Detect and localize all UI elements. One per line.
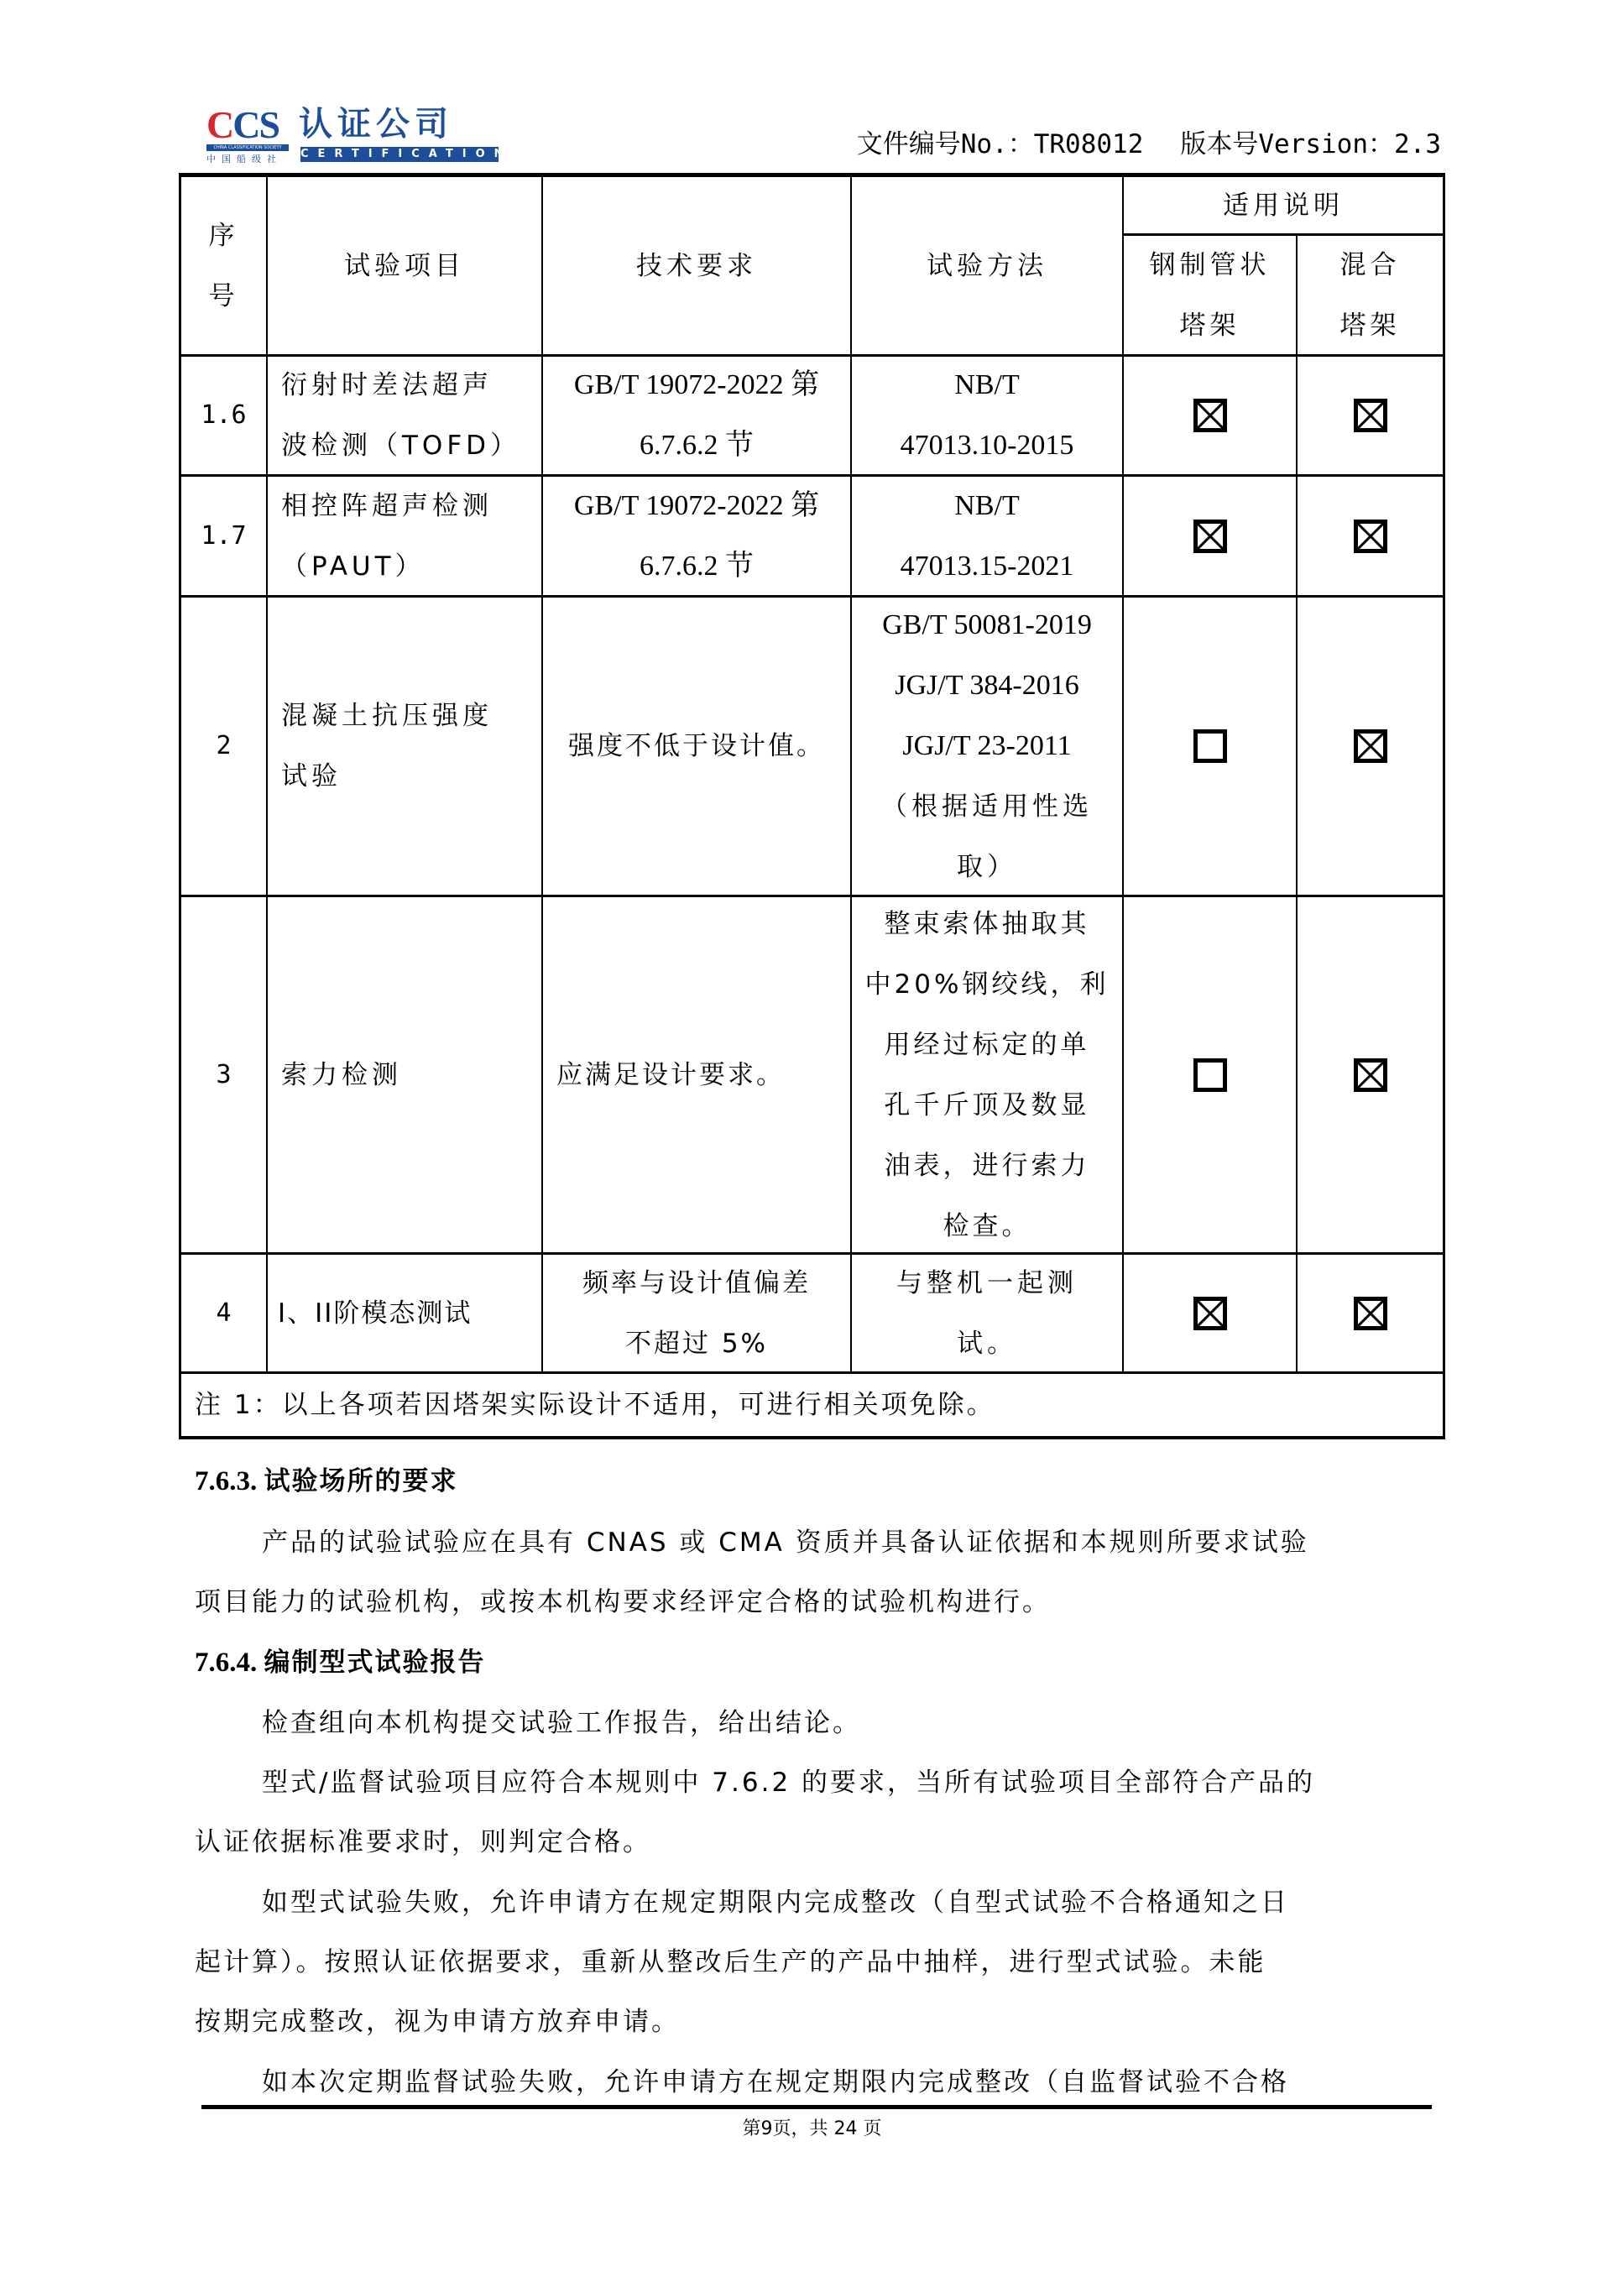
row-hybrid-cell <box>1298 598 1443 895</box>
footer-divider <box>201 2105 1432 2109</box>
checked-box-icon[interactable] <box>1193 1297 1227 1330</box>
paragraph-line: 按期完成整改，视为申请方放弃申请。 <box>195 2005 1445 2039</box>
ccs-logo-letters: CCS <box>206 106 279 144</box>
paragraph-line: 如本次定期监督试验失败，允许申请方在规定期限内完成整改（自监督试验不合格 <box>262 2065 1512 2099</box>
row-item: 混凝土抗压强度试验 <box>268 598 541 895</box>
checked-box-icon[interactable] <box>1354 729 1387 763</box>
row-requirement: GB/T 19072-2022 第6.7.6.2 节 <box>543 357 850 474</box>
table-note: 注 1：以上各项若因塔架实际设计不适用，可进行相关项免除。 <box>181 1374 1443 1436</box>
checked-box-icon[interactable] <box>1354 399 1387 432</box>
row-seq: 2 <box>181 598 266 895</box>
company-cn-name: 认证公司 <box>299 106 453 143</box>
page-number: 第9页，共 24 页 <box>0 2117 1624 2142</box>
row-item: I、II阶模态测试 <box>268 1255 541 1371</box>
row-steel-tube-cell <box>1124 897 1296 1252</box>
paragraph-line: 项目能力的试验机构，或按本机构要求经评定合格的试验机构进行。 <box>195 1585 1445 1619</box>
row-method: NB/T47013.10-2015 <box>852 357 1122 474</box>
header-item: 试验项目 <box>268 177 541 354</box>
row-requirement: 频率与设计值偏差不超过 5% <box>543 1255 850 1371</box>
unchecked-box-icon[interactable] <box>1193 729 1227 763</box>
row-seq: 3 <box>181 897 266 1252</box>
header-steel-tube-tower: 钢制管状塔架 <box>1124 236 1296 354</box>
unchecked-box-icon[interactable] <box>1193 1058 1227 1092</box>
header-requirement: 技术要求 <box>543 177 850 354</box>
checked-box-icon[interactable] <box>1354 1058 1387 1092</box>
paragraph-line: 检查组向本机构提交试验工作报告，给出结论。 <box>262 1706 1512 1740</box>
test-items-table: 序号 试验项目 技术要求 试验方法 适用说明 钢制管状塔架 混合塔架 1.6 衍… <box>179 173 1445 1439</box>
row-requirement: GB/T 19072-2022 第6.7.6.2 节 <box>543 477 850 595</box>
row-item: 相控阵超声检测（PAUT） <box>268 477 541 595</box>
header-seq: 序号 <box>181 177 266 354</box>
row-seq: 1.7 <box>181 477 266 595</box>
society-cn-label: 中国船级社 <box>206 152 282 165</box>
row-method: 与整机一起测试。 <box>852 1255 1122 1371</box>
row-hybrid-cell <box>1298 1255 1443 1371</box>
paragraph-line: 如型式试验失败，允许申请方在规定期限内完成整改（自型式试验不合格通知之日 <box>262 1886 1512 1919</box>
ccs-certification-logo: CCS CHINA CLASSIFICATION SOCIETY 中国船级社 认… <box>206 106 500 165</box>
section-heading-7-6-3: 7.6.3. 试验场所的要求 <box>195 1465 458 1498</box>
row-hybrid-cell <box>1298 477 1443 595</box>
document-meta: 文件编号No.：TR08012版本号Version：2.3 <box>857 128 1441 161</box>
row-steel-tube-cell <box>1124 357 1296 474</box>
row-method: NB/T47013.15-2021 <box>852 477 1122 595</box>
checked-box-icon[interactable] <box>1354 1297 1387 1330</box>
paragraph-line: 认证依据标准要求时，则判定合格。 <box>195 1825 1445 1859</box>
header-hybrid-tower: 混合塔架 <box>1298 236 1443 354</box>
row-steel-tube-cell <box>1124 1255 1296 1371</box>
paragraph-line: 起计算）。按照认证依据要求，重新从整改后生产的产品中抽样，进行型式试验。未能 <box>195 1945 1445 1979</box>
row-seq: 1.6 <box>181 357 266 474</box>
table-bottom-border <box>179 1436 1445 1439</box>
certification-bar: CERTIFICATION <box>300 147 499 162</box>
row-steel-tube-cell <box>1124 477 1296 595</box>
doc-number: 文件编号No.：TR08012 <box>857 129 1144 159</box>
row-method: GB/T 50081-2019JGJ/T 384-2016JGJ/T 23-20… <box>852 598 1122 895</box>
paragraph-line: 型式/监督试验项目应符合本规则中 7.6.2 的要求，当所有试验项目全部符合产品… <box>262 1766 1512 1799</box>
checked-box-icon[interactable] <box>1193 520 1227 553</box>
paragraph-line: 产品的试验试验应在具有 CNAS 或 CMA 资质并具备认证依据和本规则所要求试… <box>262 1526 1512 1559</box>
row-item: 索力检测 <box>268 897 541 1252</box>
society-en-label: CHINA CLASSIFICATION SOCIETY <box>206 144 289 151</box>
row-requirement: 强度不低于设计值。 <box>543 598 850 895</box>
checked-box-icon[interactable] <box>1193 399 1227 432</box>
checked-box-icon[interactable] <box>1354 520 1387 553</box>
row-steel-tube-cell <box>1124 598 1296 895</box>
row-hybrid-cell <box>1298 357 1443 474</box>
version-number: 版本号Version：2.3 <box>1180 129 1441 159</box>
header-applicability: 适用说明 <box>1124 177 1443 233</box>
row-hybrid-cell <box>1298 897 1443 1252</box>
row-requirement: 应满足设计要求。 <box>543 897 850 1252</box>
header-method: 试验方法 <box>852 177 1122 354</box>
row-method: 整束索体抽取其中20%钢绞线，利用经过标定的单孔千斤顶及数显油表，进行索力检查。 <box>852 897 1122 1252</box>
section-heading-7-6-4: 7.6.4. 编制型式试验报告 <box>195 1646 486 1679</box>
row-seq: 4 <box>181 1255 266 1371</box>
row-item: 衍射时差法超声波检测（TOFD） <box>268 357 541 474</box>
table-right-border <box>1443 173 1445 1439</box>
